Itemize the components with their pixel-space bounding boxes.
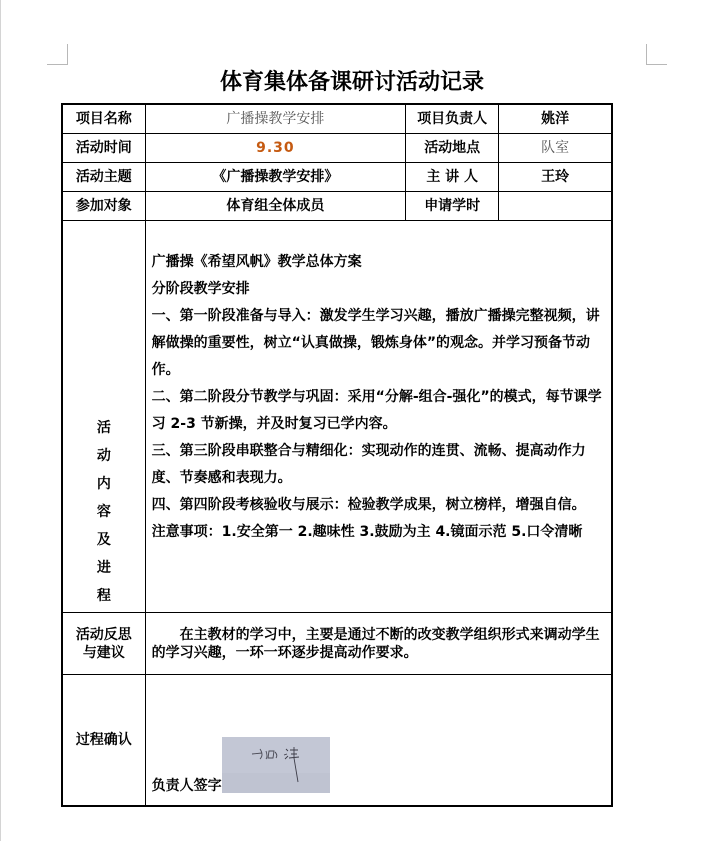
signature-label: 负责人签字 bbox=[152, 777, 222, 795]
label-char: 程 bbox=[97, 582, 111, 610]
signature-image bbox=[222, 737, 330, 793]
label-char: 容 bbox=[97, 498, 111, 526]
label-reflection-line2: 与建议 bbox=[63, 644, 145, 662]
plan-subtitle: 分阶段教学安排 bbox=[152, 276, 605, 303]
table-row-activity-content: 活 动 内 容 及 进 程 广播操《希望风帆》教学总体方案 分阶段教学安排 一、… bbox=[62, 221, 612, 613]
confirmation-cell[interactable]: 负责人签字 bbox=[145, 675, 612, 807]
label-reflection: 活动反思 与建议 bbox=[62, 613, 145, 675]
value-activity-theme[interactable]: 《广播操教学安排》 bbox=[145, 163, 405, 192]
value-project-lead[interactable]: 姚洋 bbox=[499, 104, 612, 134]
page-margin-corner-top-left bbox=[47, 44, 68, 65]
table-row-reflection: 活动反思 与建议 在主教材的学习中，主要是通过不断的改变教学组织形式来调动学生的… bbox=[62, 613, 612, 675]
label-credit-hours: 申请学时 bbox=[406, 192, 499, 221]
signature-row: 负责人签字 bbox=[146, 737, 611, 805]
label-participants: 参加对象 bbox=[62, 192, 145, 221]
label-char: 活 bbox=[97, 414, 111, 442]
page-left-edge bbox=[0, 0, 1, 841]
table-row-activity-theme: 活动主题 《广播操教学安排》 主 讲 人 王玲 bbox=[62, 163, 612, 192]
label-process-confirmation: 过程确认 bbox=[62, 675, 145, 807]
stage-4: 四、第四阶段考核验收与展示：检验教学成果，树立榜样，增强自信。 bbox=[152, 492, 605, 519]
label-project-lead: 项目负责人 bbox=[406, 104, 499, 134]
label-speaker: 主 讲 人 bbox=[406, 163, 499, 192]
label-activity-theme: 活动主题 bbox=[62, 163, 145, 192]
stage-3: 三、第三阶段串联整合与精细化：实现动作的连贯、流畅、提高动作力度、节奏感和表现力… bbox=[152, 438, 605, 492]
value-credit-hours[interactable] bbox=[499, 192, 612, 221]
label-char: 进 bbox=[97, 554, 111, 582]
label-activity-time: 活动时间 bbox=[62, 134, 145, 163]
handwritten-signature-icon bbox=[222, 737, 330, 793]
value-activity-location[interactable]: 队室 bbox=[499, 134, 612, 163]
value-project-name[interactable]: 广播操教学安排 bbox=[145, 104, 405, 134]
table-row-confirmation: 过程确认 负责人签字 bbox=[62, 675, 612, 807]
value-speaker[interactable]: 王玲 bbox=[499, 163, 612, 192]
label-char: 内 bbox=[97, 470, 111, 498]
document-title: 体育集体备课研讨活动记录 bbox=[0, 68, 704, 98]
activity-content-text: 广播操《希望风帆》教学总体方案 分阶段教学安排 一、第一阶段准备与导入：激发学生… bbox=[146, 221, 611, 546]
reflection-cell[interactable]: 在主教材的学习中，主要是通过不断的改变教学组织形式来调动学生的学习兴趣，一环一环… bbox=[145, 613, 612, 675]
reflection-text: 在主教材的学习中，主要是通过不断的改变教学组织形式来调动学生的学习兴趣，一环一环… bbox=[152, 627, 600, 661]
table-row-participants: 参加对象 体育组全体成员 申请学时 bbox=[62, 192, 612, 221]
value-activity-time[interactable]: 9.30 bbox=[145, 134, 405, 163]
label-char: 动 bbox=[97, 442, 111, 470]
label-char: 及 bbox=[97, 526, 111, 554]
value-participants[interactable]: 体育组全体成员 bbox=[145, 192, 405, 221]
label-reflection-line1: 活动反思 bbox=[63, 626, 145, 644]
vertical-label: 活 动 内 容 及 进 程 bbox=[97, 414, 111, 610]
activity-record-table: 项目名称 广播操教学安排 项目负责人 姚洋 活动时间 9.30 活动地点 队室 … bbox=[61, 103, 613, 807]
notes: 注意事项：1.安全第一 2.趣味性 3.鼓励为主 4.镜面示范 5.口令清晰 bbox=[152, 519, 605, 546]
stage-2: 二、第二阶段分节教学与巩固：采用“分解-组合-强化”的模式，每节课学习 2-3 … bbox=[152, 384, 605, 438]
activity-content-cell[interactable]: 广播操《希望风帆》教学总体方案 分阶段教学安排 一、第一阶段准备与导入：激发学生… bbox=[145, 221, 612, 613]
label-project-name: 项目名称 bbox=[62, 104, 145, 134]
stage-1: 一、第一阶段准备与导入：激发学生学习兴趣，播放广播操完整视频，讲解做操的重要性，… bbox=[152, 303, 605, 384]
table-row-project-name: 项目名称 广播操教学安排 项目负责人 姚洋 bbox=[62, 104, 612, 134]
table-row-activity-time: 活动时间 9.30 活动地点 队室 bbox=[62, 134, 612, 163]
page-margin-corner-top-right bbox=[646, 44, 667, 65]
plan-title: 广播操《希望风帆》教学总体方案 bbox=[152, 249, 605, 276]
label-activity-location: 活动地点 bbox=[406, 134, 499, 163]
label-activity-content: 活 动 内 容 及 进 程 bbox=[62, 221, 145, 613]
